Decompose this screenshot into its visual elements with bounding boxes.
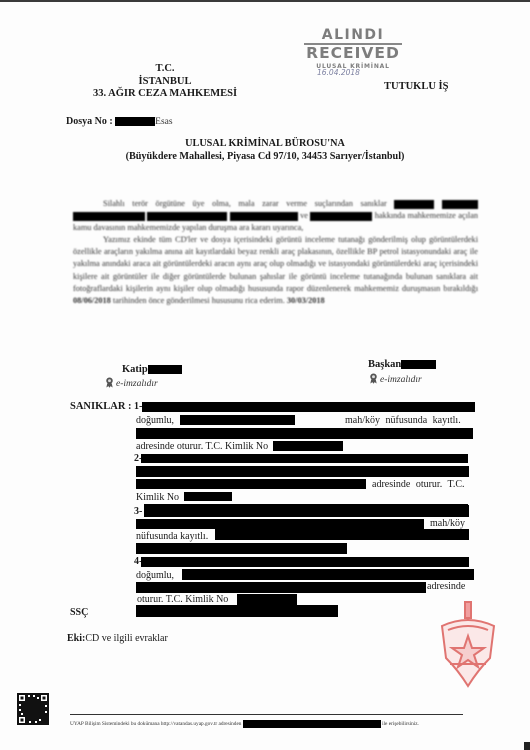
redacted-defendant-1-id xyxy=(273,441,343,451)
detained-case-label: TUTUKLU İŞ xyxy=(384,81,448,92)
redacted-defendant-2-id xyxy=(184,492,232,501)
defendant-1-registry: mah/köy nüfusunda kayıtlı. xyxy=(345,415,461,426)
defendants-label: SANIKLAR : xyxy=(70,401,132,412)
defendant-1-id: adresinde oturur. T.C. Kimlik No xyxy=(136,441,268,452)
stamp-alindi: ALINDI xyxy=(303,27,403,43)
official-seal-icon xyxy=(432,600,504,690)
deadline-date: 08/06/2018 xyxy=(73,296,111,305)
footer-text-end: ile erişebilirsiniz. xyxy=(382,721,419,727)
file-number-suffix: Esas xyxy=(155,117,172,127)
redacted-defendant-1-name xyxy=(142,402,475,412)
attachments-label: Eki: xyxy=(67,633,85,644)
body-para1: Silahlı terör örgütüne üye olma, mala za… xyxy=(73,198,478,234)
header-court: 33. AĞIR CEZA MAHKEMESİ xyxy=(90,88,240,101)
redacted-defendant-3-address-2 xyxy=(136,543,347,554)
redacted-defendant-2-name xyxy=(141,454,468,463)
redacted-defendant-3-name xyxy=(144,505,469,517)
header-city: İSTANBUL xyxy=(90,76,240,89)
redacted-defendant-2-birth xyxy=(136,466,469,477)
redacted-defendant-1-birthplace xyxy=(180,415,295,425)
footer-text-start: UYAP Bilişim Sistemindeki bu dokümana ht… xyxy=(70,721,241,727)
stamp-received: RECEIVED xyxy=(303,45,403,62)
redacted-defendant-3-birth xyxy=(136,519,424,529)
redacted-defendant-2-address xyxy=(136,479,366,489)
clerk-esign: e-imzalıdır xyxy=(105,377,158,389)
defendant-1-born: doğumlu, xyxy=(136,415,174,426)
attachments-text: CD ve ilgili evraklar xyxy=(85,633,167,644)
uyap-footer: UYAP Bilişim Sistemindeki bu dokümana ht… xyxy=(70,720,419,728)
redacted-defendant-1-address xyxy=(136,428,473,439)
scan-edge xyxy=(0,0,530,2)
judge-signature: Başkan xyxy=(368,359,436,370)
esign-ribbon-icon xyxy=(105,377,114,388)
redacted-access-code xyxy=(243,720,381,728)
defendant-2-id-label: Kimlik No xyxy=(136,492,179,503)
file-number: Dosya No : Esas xyxy=(66,116,173,127)
ssc-label: SSÇ xyxy=(70,607,88,618)
received-stamp: ALINDI RECEIVED ULUSAL KRİMİNAL 16.04.20… xyxy=(303,27,403,77)
defendant-3-registry-2: nüfusunda kayıtlı. xyxy=(136,531,208,542)
redacted-defendant-4-birthplace xyxy=(182,569,474,580)
file-number-label: Dosya No : xyxy=(66,116,113,127)
attachments: Eki:CD ve ilgili evraklar xyxy=(67,633,168,644)
defendant-4-born: doğumlu, xyxy=(136,570,174,581)
footer-rule xyxy=(70,714,463,715)
redacted-clerk-name xyxy=(148,365,182,374)
clerk-label: Katip xyxy=(122,364,148,375)
clerk-signature: Katip xyxy=(122,364,182,375)
letter-date: 30/03/2018 xyxy=(287,296,325,305)
judge-esign: e-imzalıdır xyxy=(369,373,422,385)
redacted-judge-name xyxy=(401,360,436,369)
recipient-name: ULUSAL KRİMİNAL BÜROSU'NA xyxy=(0,137,530,150)
redacted-file-number xyxy=(115,117,155,126)
defendant-4-id-label: oturur. T.C. Kimlik No xyxy=(137,594,228,605)
redacted-defendant-4-id xyxy=(237,594,297,605)
judge-label: Başkan xyxy=(368,359,401,370)
scan-corner xyxy=(524,742,530,750)
defendant-3-registry: mah/köy xyxy=(430,518,465,529)
redacted-defendant-3-address xyxy=(215,529,469,540)
redacted-ssc xyxy=(136,605,338,617)
letter-body: Silahlı terör örgütüne üye olma, mala za… xyxy=(73,198,478,307)
recipient-address: (Büyükdere Mahallesi, Piyasa Cd 97/10, 3… xyxy=(0,150,530,163)
defendant-3-number: 3- xyxy=(134,506,142,517)
header-tc: T.C. xyxy=(90,63,240,76)
defendant-2-address-tail: adresinde oturur. T.C. xyxy=(372,479,465,490)
court-header: T.C. İSTANBUL 33. AĞIR CEZA MAHKEMESİ xyxy=(90,63,240,101)
redacted-defendant-4-address xyxy=(136,582,426,593)
redacted-defendant-4-name xyxy=(141,557,469,567)
body-para2: Yazımız ekinde tüm CD'ler ve dosya içeri… xyxy=(73,234,478,307)
esign-ribbon-icon xyxy=(369,373,378,384)
qr-code-icon xyxy=(16,692,50,726)
recipient-block: ULUSAL KRİMİNAL BÜROSU'NA (Büyükdere Mah… xyxy=(0,137,530,163)
defendant-4-address-tail: adresinde xyxy=(427,581,465,592)
